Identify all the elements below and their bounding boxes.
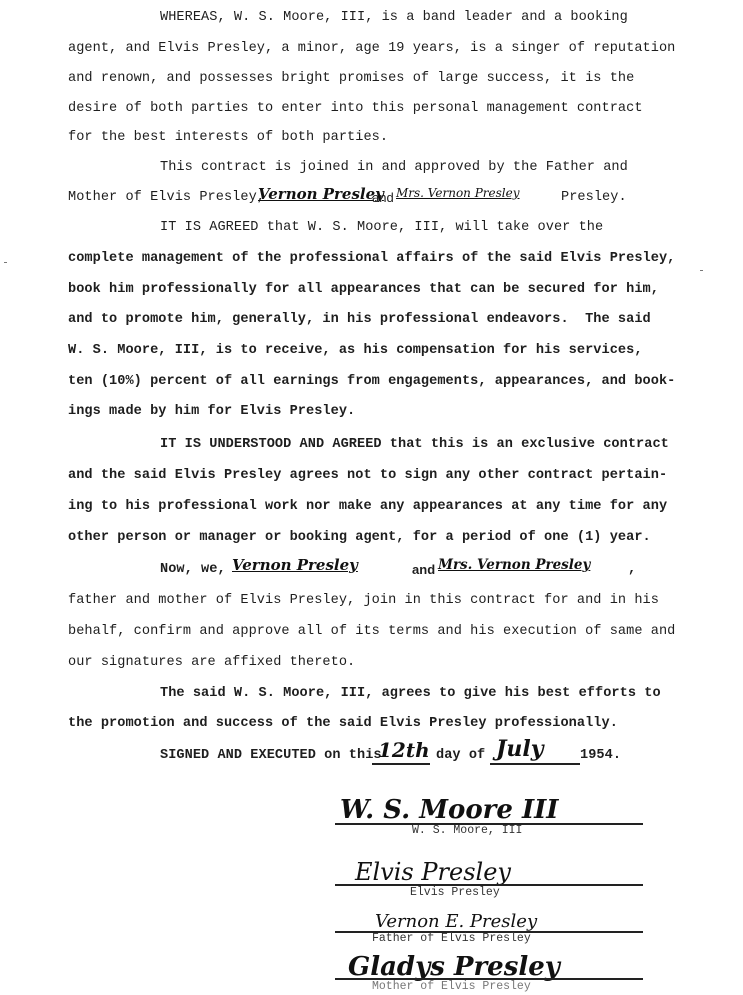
agreed-line-2: complete management of the professional … xyxy=(68,251,675,267)
whereas-line-5: for the best interests of both parties. xyxy=(68,130,388,146)
elvis-caption: Elvis Presley xyxy=(410,886,500,899)
exclusive-line-2: and the said Elvis Presley agrees not to… xyxy=(68,468,667,484)
agreed-line-1: IT IS AGREED that W. S. Moore, III, will… xyxy=(160,220,603,236)
elvis-signature: Elvis Presley xyxy=(355,858,511,886)
agreed-line-5: W. S. Moore, III, is to receive, as his … xyxy=(68,343,643,359)
mother-signature-now-we: Mrs. Vernon Presley xyxy=(438,557,590,573)
agreed-line-7: ings made by him for Elvis Presley. xyxy=(68,404,355,420)
now-we-lead: Now, we, xyxy=(160,562,226,578)
exclusive-line-4: other person or manager or booking agent… xyxy=(68,530,651,546)
approval-line-1: This contract is joined in and approved … xyxy=(160,160,628,176)
gladys-caption: Mother of Elvis Presley xyxy=(372,980,531,993)
father-signature-now-we: Vernon Presley xyxy=(232,556,358,574)
moore-caption: W. S. Moore, III xyxy=(412,824,522,837)
whereas-line-4: desire of both parties to enter into thi… xyxy=(68,101,643,117)
agreed-line-3: book him professionally for all appearan… xyxy=(68,282,659,298)
whereas-line-3: and renown, and possesses bright promise… xyxy=(68,71,634,87)
approval-and: and xyxy=(372,190,394,206)
efforts-line-1: The said W. S. Moore, III, agrees to giv… xyxy=(160,686,661,702)
now-we-line-3: behalf, confirm and approve all of its t… xyxy=(68,624,675,640)
exclusive-line-3: ing to his professional work nor make an… xyxy=(68,499,667,515)
execution-year: 1954. xyxy=(580,748,621,764)
now-we-line-4: our signatures are affixed thereto. xyxy=(68,655,355,671)
efforts-line-2: the promotion and success of the said El… xyxy=(68,716,618,732)
day-underline xyxy=(372,763,430,765)
now-we-line-2: father and mother of Elvis Presley, join… xyxy=(68,593,659,609)
contract-page: WHEREAS, W. S. Moore, III, is a band lea… xyxy=(0,0,743,995)
father-signature-inline: Vernon Presley xyxy=(258,185,384,203)
paper-speck xyxy=(700,270,703,271)
execution-lead: SIGNED AND EXECUTED on this xyxy=(160,748,382,764)
execution-mid: day of xyxy=(436,748,485,764)
vernon-signature: Vernon E. Presley xyxy=(375,911,537,932)
now-we-trail: , xyxy=(628,562,636,578)
whereas-line-2: agent, and Elvis Presley, a minor, age 1… xyxy=(68,41,675,57)
vernon-caption: Father of Elvis Presley xyxy=(372,932,531,945)
agreed-line-4: and to promote him, generally, in his pr… xyxy=(68,312,651,328)
whereas-line-1: WHEREAS, W. S. Moore, III, is a band lea… xyxy=(160,10,628,26)
paper-speck xyxy=(4,262,7,263)
approval-line-2: Mother of Elvis Presley, xyxy=(68,190,265,206)
moore-signature: W. S. Moore III xyxy=(340,795,558,825)
mother-signature-inline: Mrs. Vernon Presley xyxy=(396,186,520,200)
now-we-and: and xyxy=(412,562,435,578)
approval-line-2-end: Presley. xyxy=(561,190,627,206)
month-underline xyxy=(490,763,580,765)
execution-month: July xyxy=(496,736,544,762)
exclusive-line-1: IT IS UNDERSTOOD AND AGREED that this is… xyxy=(160,437,669,453)
execution-day: 12th xyxy=(378,738,430,762)
agreed-line-6: ten (10%) percent of all earnings from e… xyxy=(68,374,675,390)
